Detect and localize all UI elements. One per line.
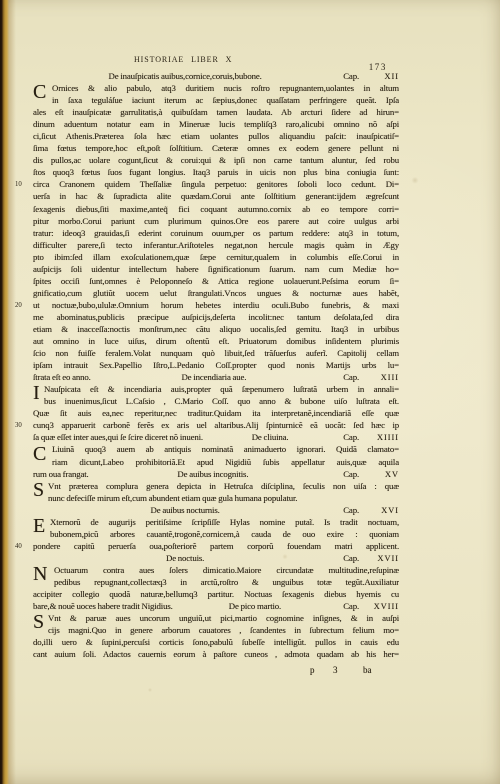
line-text: pitur morbo.Corui pariunt cum plurimum q… xyxy=(33,216,399,226)
binding-edge xyxy=(0,0,16,784)
line-text: gnificatio,cum glutiũt uocem uelut ſtran… xyxy=(33,288,399,298)
line-text: dis pullos,ac uolare cogunt,ſicut & coru… xyxy=(33,155,399,165)
chapter-label: Cap. xyxy=(343,504,359,516)
text-line: ut noctuæ,bubo,ululæ.Omnium horum hebete… xyxy=(33,299,399,311)
line-text: ſpites occiſi ſunt,omnes è Peloponneſo &… xyxy=(33,276,399,286)
text-line: Nauſpicata eſt & incendiaria auis,propte… xyxy=(33,383,399,395)
line-text: Vnt & paruæ aues uncorum unguiũ,ut pici,… xyxy=(48,613,399,623)
chapter-title: De auibus nocturnis. xyxy=(33,504,337,516)
text-line: cant auium ſoli. Adactos cauernis eorum … xyxy=(33,648,399,660)
chapter-heading-line: rum oua frangat.De auibus incognitis.Cap… xyxy=(33,468,399,480)
line-text: ſcio non fuiſſe feralem.Volat nunquam qu… xyxy=(33,348,399,358)
text-line: gnificatio,cum glutiũt uocem uelut ſtran… xyxy=(33,287,399,299)
running-header-title: HISTORIAE LIBER X xyxy=(134,55,232,64)
margin-line-number: 30 xyxy=(15,421,22,431)
signature-line: p 3 ba xyxy=(33,665,399,679)
line-text: auſpicijs ſoli uidentur intellectum habe… xyxy=(33,264,399,274)
line-text: nunc defeciſſe mirum eſt,cum abundent et… xyxy=(48,493,297,503)
line-text: bubonem,picũ arbores cauantẽ,trogonẽ,cor… xyxy=(50,529,399,539)
line-text: Octuarum contra aues ſolers dimicatio.Ma… xyxy=(54,565,399,575)
text-line: dis pullos,ac uolare cogunt,ſicut & coru… xyxy=(33,154,399,166)
line-text: etiam & inacceſſa:noctis monſtrum,nec cã… xyxy=(33,324,399,334)
chapter-heading-line: bare,& nouẽ uoces habere tradit Nigidius… xyxy=(33,600,399,612)
text-line: bus inuenimus,ſicut L.Caſsio , C.Mario C… xyxy=(33,395,399,407)
text-line: Ornices & alio pabulo, atq3 duritiem nuc… xyxy=(33,82,399,94)
chapter-heading-line: De inauſpicatis auibus,cornice,coruis,bu… xyxy=(33,70,399,82)
text-line: etiam & inacceſſa:noctis monſtrum,nec cã… xyxy=(33,323,399,335)
text-line: auſpicijs ſoli uidentur intellectum habe… xyxy=(33,263,399,275)
line-text: pto ibim:ſed illam exoſculationem,quæ ſæ… xyxy=(33,252,399,262)
chapter-label: Cap. xyxy=(343,552,359,564)
text-line: accipiter collegio quodã naturæ,bellumq3… xyxy=(33,588,399,600)
line-text: Xternorũ de augurijs peritiſsime ſcripſi… xyxy=(50,517,399,527)
text-line: pitur morbo.Corui pariunt cum plurimum q… xyxy=(33,215,399,227)
line-text: in ſaxa teguláſue iaciunt iterum ac ſæpi… xyxy=(52,95,399,105)
line-text: Nauſpicata eſt & incendiaria auis,propte… xyxy=(44,384,399,394)
line-text: pondere capitũ peruerſa oua,poſteriorẽ p… xyxy=(33,541,399,551)
chapter-title: De inauſpicatis auibus,cornice,coruis,bu… xyxy=(33,70,337,82)
text-line: cunq3 apparuerit carbonẽ ferẽs ex aris u… xyxy=(33,419,399,431)
line-text: ci,ſicut Athenis.Præterea ſola hæc etiam… xyxy=(33,131,399,141)
chapter-heading-line: ſtrata eſt eo anno.De incendiaria aue.Ca… xyxy=(33,371,399,383)
text-line: pedibus repugnant,collectæq3 in arctũ,ro… xyxy=(33,576,399,588)
text-line: tratur: ideoq3 grauidas,ſi ederint corui… xyxy=(33,227,399,239)
text-line: ſtos quoq3 fœtus ſuos fugant longius. It… xyxy=(33,166,399,178)
text-line: Xternorũ de augurijs peritiſsime ſcripſi… xyxy=(33,516,399,528)
text-line: Liuinã quoq3 auem ab antiquis nominatã a… xyxy=(33,443,399,455)
text-line: Quæ ſit auis ea,nec reperitur,nec tradit… xyxy=(33,407,399,419)
chapter-label: Cap. xyxy=(343,468,359,480)
chapter-heading-line: De noctuis.Cap.XVII xyxy=(33,552,399,564)
text-line: pondere capitũ peruerſa oua,poſteriorẽ p… xyxy=(33,540,399,552)
line-text: Vnt præterea complura genera depicta in … xyxy=(48,481,399,491)
chapter-label: Cap. xyxy=(343,371,359,383)
line-text: Quæ ſit auis ea,nec reperitur,nec tradit… xyxy=(33,408,399,418)
chapter-title: De pico martio. xyxy=(173,600,338,612)
text-line: ſpites occiſi ſunt,omnes è Peloponneſo &… xyxy=(33,275,399,287)
line-text: cijs magni.Quo in genere arborum cauator… xyxy=(48,625,399,635)
text-line: riam dicunt,Labeo prohibitoriã.Et apud N… xyxy=(33,456,399,468)
line-text: uerſa in hac & ſupradicta alite quædam.C… xyxy=(33,191,399,201)
line-text: ſima fœtus tempore,hoc eſt,poſt ſolſtiti… xyxy=(33,143,399,153)
text-line: difficulter parere,ſi tecto inferantur.A… xyxy=(33,239,399,251)
text-line: uerſa in hac & ſupradicta alite quædam.C… xyxy=(33,190,399,202)
text-line: cijs magni.Quo in genere arborum cauator… xyxy=(33,624,399,636)
line-text: aut omnino in luce uiſus, dirum oſtentũ … xyxy=(33,336,399,346)
text-block: De inauſpicatis auibus,cornice,coruis,bu… xyxy=(33,70,399,660)
text-line: in ſaxa teguláſue iaciunt iterum ac ſæpi… xyxy=(33,94,399,106)
chapter-title: De auibus incognitis. xyxy=(89,468,338,480)
margin-line-number: 20 xyxy=(15,301,22,311)
text-line: do,illi uero & ſupini,percuſsi corticis … xyxy=(33,636,399,648)
chapter-label: Cap. xyxy=(343,70,359,82)
signature-mark: p xyxy=(310,665,315,675)
text-line: bubonem,picũ arbores cauantẽ,trogonẽ,cor… xyxy=(33,528,399,540)
paragraph-end-text: rum oua frangat. xyxy=(33,468,89,480)
line-text: ales eſt inauſpicatæ garrulitatis,à quib… xyxy=(33,107,399,117)
text-line: ſima fœtus tempore,hoc eſt,poſt ſolſtiti… xyxy=(33,142,399,154)
text-line: ſexagenis diebus,ſiti maxime,anteq̃ fici… xyxy=(33,203,399,215)
line-text: cunq3 apparuerit carbonẽ ferẽs ex aris u… xyxy=(33,420,399,430)
catchword: ba xyxy=(363,665,372,675)
text-line: me abominatus,publicis præcipue auſpicij… xyxy=(33,311,399,323)
line-text: riam dicunt,Labeo prohibitoriã.Et apud N… xyxy=(52,457,399,467)
line-text: Ornices & alio pabulo, atq3 duritiem nuc… xyxy=(52,83,399,93)
text-line: ales eſt inauſpicatæ garrulitatis,à quib… xyxy=(33,106,399,118)
line-text: difficulter parere,ſi tecto inferantur.A… xyxy=(33,240,399,250)
text-line: ci,ſicut Athenis.Præterea ſola hæc etiam… xyxy=(33,130,399,142)
line-text: ut noctuæ,bubo,ululæ.Omnium horum hebete… xyxy=(33,300,399,310)
line-text: pedibus repugnant,collectæq3 in arctũ,ro… xyxy=(54,577,399,587)
line-text: circa Cranonem quidem Theſſaliæ ſingula … xyxy=(33,179,399,189)
paragraph-end-text: ſtrata eſt eo anno. xyxy=(33,371,91,383)
line-text: dinum aduentum notatur eam in Mineruæ lu… xyxy=(33,119,399,129)
paragraph-end-text: bare,& nouẽ uoces habere tradit Nigidius… xyxy=(33,600,173,612)
text-line: Vnt præterea complura genera depicta in … xyxy=(33,480,399,492)
line-text: ſexagenis diebus,ſiti maxime,anteq̃ fici… xyxy=(33,204,399,214)
chapter-label: Cap. xyxy=(343,600,359,612)
chapter-title: De incendiaria aue. xyxy=(91,371,338,383)
line-text: bus inuenimus,ſicut L.Caſsio , C.Mario C… xyxy=(44,396,399,406)
line-text: Liuinã quoq3 auem ab antiquis nominatã a… xyxy=(52,444,399,454)
chapter-title: De cliuina. xyxy=(203,431,337,443)
line-text: tratur: ideoq3 grauidas,ſi ederint corui… xyxy=(33,228,399,238)
text-line: ſcio non fuiſſe feralem.Volat nunquam qu… xyxy=(33,347,399,359)
chapter-label: Cap. xyxy=(343,431,359,443)
line-text: ipſam intrauit Sex.Papellio Iſtro,L.Peda… xyxy=(33,360,399,370)
text-line: nunc defeciſſe mirum eſt,cum abundent et… xyxy=(33,492,399,504)
line-text: do,illi uero & ſupini,percuſsi corticis … xyxy=(33,637,399,647)
text-line: ipſam intrauit Sex.Papellio Iſtro,L.Peda… xyxy=(33,359,399,371)
margin-line-number: 10 xyxy=(15,180,22,190)
signature-number: 3 xyxy=(333,665,338,675)
text-line: dinum aduentum notatur eam in Mineruæ lu… xyxy=(33,118,399,130)
chapter-title: De noctuis. xyxy=(33,552,337,564)
line-text: ſtos quoq3 fœtus ſuos fugant longius. It… xyxy=(33,167,399,177)
text-line: aut omnino in luce uiſus, dirum oſtentũ … xyxy=(33,335,399,347)
paragraph-end-text: ſa quæ eſſet inter aues,qui ſe ſcire dic… xyxy=(33,431,203,443)
text-line: Octuarum contra aues ſolers dimicatio.Ma… xyxy=(33,564,399,576)
chapter-heading-line: De auibus nocturnis.Cap.XVI xyxy=(33,504,399,516)
text-line: Vnt & paruæ aues uncorum unguiũ,ut pici,… xyxy=(33,612,399,624)
book-page-scan: HISTORIAE LIBER X 173 De inauſpicatis au… xyxy=(0,0,500,784)
text-line: pto ibim:ſed illam exoſculationem,quæ ſæ… xyxy=(33,251,399,263)
line-text: me abominatus,publicis præcipue auſpicij… xyxy=(33,312,399,322)
margin-line-number: 40 xyxy=(15,542,22,552)
line-text: accipiter collegio quodã naturæ,bellumq3… xyxy=(33,589,399,599)
text-line: circa Cranonem quidem Theſſaliæ ſingula … xyxy=(33,178,399,190)
chapter-heading-line: ſa quæ eſſet inter aues,qui ſe ſcire dic… xyxy=(33,431,399,443)
line-text: cant auium ſoli. Adactos cauernis eorum … xyxy=(33,649,399,659)
